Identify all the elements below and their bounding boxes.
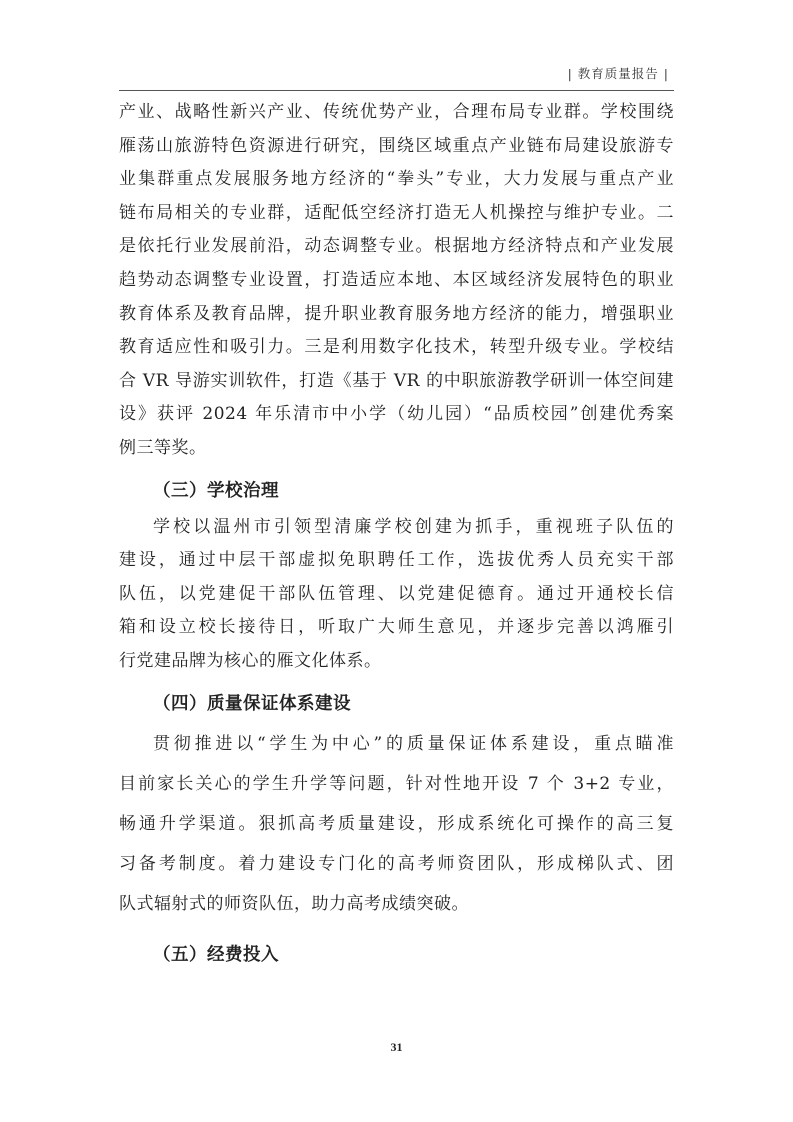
text-line: 教育适应性和吸引力。三是利用数字化技术，转型升级专业。学校结 (119, 331, 674, 365)
document-body: 产业、战略性新兴产业、传统优势产业，合理布局专业群。学校围绕 雁荡山旅游特色资源… (119, 96, 674, 975)
section-heading-funding: （五）经费投入 (119, 936, 674, 975)
text-line: 畅通升学渠道。狠抓高考质量建设，形成系统化可操作的高三复 (119, 804, 674, 844)
text-line: 产业、战略性新兴产业、传统优势产业，合理布局专业群。学校围绕 (119, 96, 674, 130)
text-line: 雁荡山旅游特色资源进行研究，围绕区域重点产业链布局建设旅游专 (119, 130, 674, 164)
text-line: 队式辐射式的师资队伍，助力高考成绩突破。 (119, 884, 674, 924)
text-line: 合 VR 导游实训软件，打造《基于 VR 的中职旅游教学研训一体空间建 (119, 365, 674, 399)
paragraph-specialty-layout: 产业、战略性新兴产业、传统优势产业，合理布局专业群。学校围绕 雁荡山旅游特色资源… (119, 96, 674, 466)
text-line: 链布局相关的专业群，适配低空经济打造无人机操控与维护专业。二 (119, 197, 674, 231)
text-line: 建设，通过中层干部虚拟免职聘任工作，选拔优秀人员充实干部 (119, 544, 674, 578)
text-line: 队伍，以党建促干部队伍管理、以党建促德育。通过开通校长信 (119, 578, 674, 612)
text-line: 趋势动态调整专业设置，打造适应本地、本区域经济发展特色的职业 (119, 264, 674, 298)
text-line: 业集群重点发展服务地方经济的“拳头”专业，大力发展与重点产业 (119, 163, 674, 197)
text-line: 教育体系及教育品牌，提升职业教育服务地方经济的能力，增强职业 (119, 298, 674, 332)
header-divider (119, 90, 674, 91)
text-line: 贯彻推进以“学生为中心”的质量保证体系建设，重点瞄准 (119, 724, 674, 764)
text-line: 箱和设立校长接待日，听取广大师生意见，并逐步完善以鸿雁引 (119, 611, 674, 645)
paragraph-school-governance: 学校以温州市引领型清廉学校创建为抓手，重视班子队伍的 建设，通过中层干部虚拟免职… (119, 511, 674, 679)
text-line: 设》获评 2024 年乐清市中小学（幼儿园）“品质校园”创建优秀案 (119, 398, 674, 432)
paragraph-quality-assurance: 贯彻推进以“学生为中心”的质量保证体系建设，重点瞄准 目前家长关心的学生升学等问… (119, 724, 674, 924)
text-line: 是依托行业发展前沿，动态调整专业。根据地方经济特点和产业发展 (119, 230, 674, 264)
section-heading-school-governance: （三）学校治理 (119, 472, 674, 511)
text-line: 目前家长关心的学生升学等问题，针对性地开设 7 个 3+2 专业， (119, 764, 674, 804)
text-line: 学校以温州市引领型清廉学校创建为抓手，重视班子队伍的 (119, 511, 674, 545)
text-line: 行党建品牌为核心的雁文化体系。 (119, 645, 674, 679)
text-line: 例三等奖。 (119, 432, 674, 466)
text-line: 习备考制度。着力建设专门化的高考师资团队，形成梯队式、团 (119, 844, 674, 884)
report-header-label: | 教育质量报告 | (568, 64, 669, 82)
page-number: 31 (0, 1040, 793, 1055)
section-heading-quality-assurance: （四）质量保证体系建设 (119, 685, 674, 724)
